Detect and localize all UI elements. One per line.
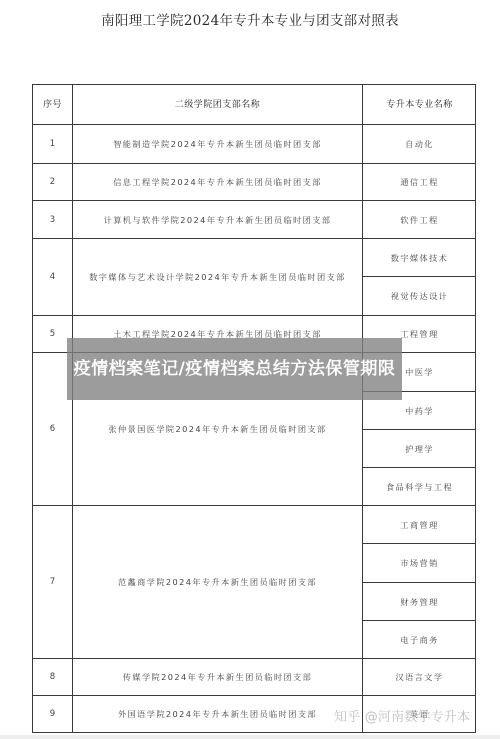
- row-8-major-1: 汉语言文学: [363, 659, 476, 696]
- row-4-major-1: 数字媒体技术: [363, 239, 476, 277]
- row-4-no: 4: [33, 239, 73, 316]
- row-2-no: 2: [33, 164, 73, 201]
- row-1-major-1: 自动化: [363, 125, 476, 164]
- row-7-major-1: 工商管理: [363, 506, 476, 544]
- row-3-major-1: 软件工程: [363, 201, 476, 239]
- row-6-major-3: 护理学: [363, 430, 476, 468]
- row-3-no: 3: [33, 201, 73, 239]
- row-4-branch: 数字媒体与艺术设计学院2024年专升本新生团员临时团支部: [73, 239, 363, 316]
- row-7-major-4: 电子商务: [363, 621, 476, 659]
- row-2-major-1: 通信工程: [363, 164, 476, 201]
- row-8-branch: 传媒学院2024年专升本新生团员临时团支部: [73, 659, 363, 696]
- row-4-major-2: 视觉传达设计: [363, 277, 476, 316]
- caption-overlay: 疫情档案笔记/疫情档案总结方法保管期限: [67, 338, 402, 400]
- row-9-no: 9: [33, 696, 73, 732]
- header-no: 序号: [33, 85, 73, 125]
- watermark: 知乎 @河南数学专升本: [334, 706, 470, 725]
- header-major: 专升本专业名称: [363, 85, 476, 125]
- header-branch: 二级学院团支部名称: [73, 85, 363, 125]
- row-8-no: 8: [33, 659, 73, 696]
- row-1-branch: 智能制造学院2024年专升本新生团员临时团支部: [73, 125, 363, 164]
- row-7-major-2: 市场营销: [363, 544, 476, 583]
- row-2-branch: 信息工程学院2024年专升本新生团员临时团支部: [73, 164, 363, 201]
- page-title: 南阳理工学院2024年专升本专业与团支部对照表: [0, 9, 500, 29]
- row-3-branch: 计算机与软件学院2024年专升本新生团员临时团支部: [73, 201, 363, 239]
- row-6-major-4: 食品科学与工程: [363, 468, 476, 506]
- row-7-branch: 范蠡商学院2024年专升本新生团员临时团支部: [73, 506, 363, 659]
- row-7-major-3: 财务管理: [363, 583, 476, 621]
- mapping-table: 序号 二级学院团支部名称 专升本专业名称 1 智能制造学院2024年专升本新生团…: [32, 84, 476, 733]
- bottom-strip: [0, 735, 500, 739]
- row-7-no: 7: [33, 506, 73, 659]
- row-1-no: 1: [33, 125, 73, 164]
- row-9-branch: 外国语学院2024年专升本新生团员临时团支部: [73, 696, 363, 732]
